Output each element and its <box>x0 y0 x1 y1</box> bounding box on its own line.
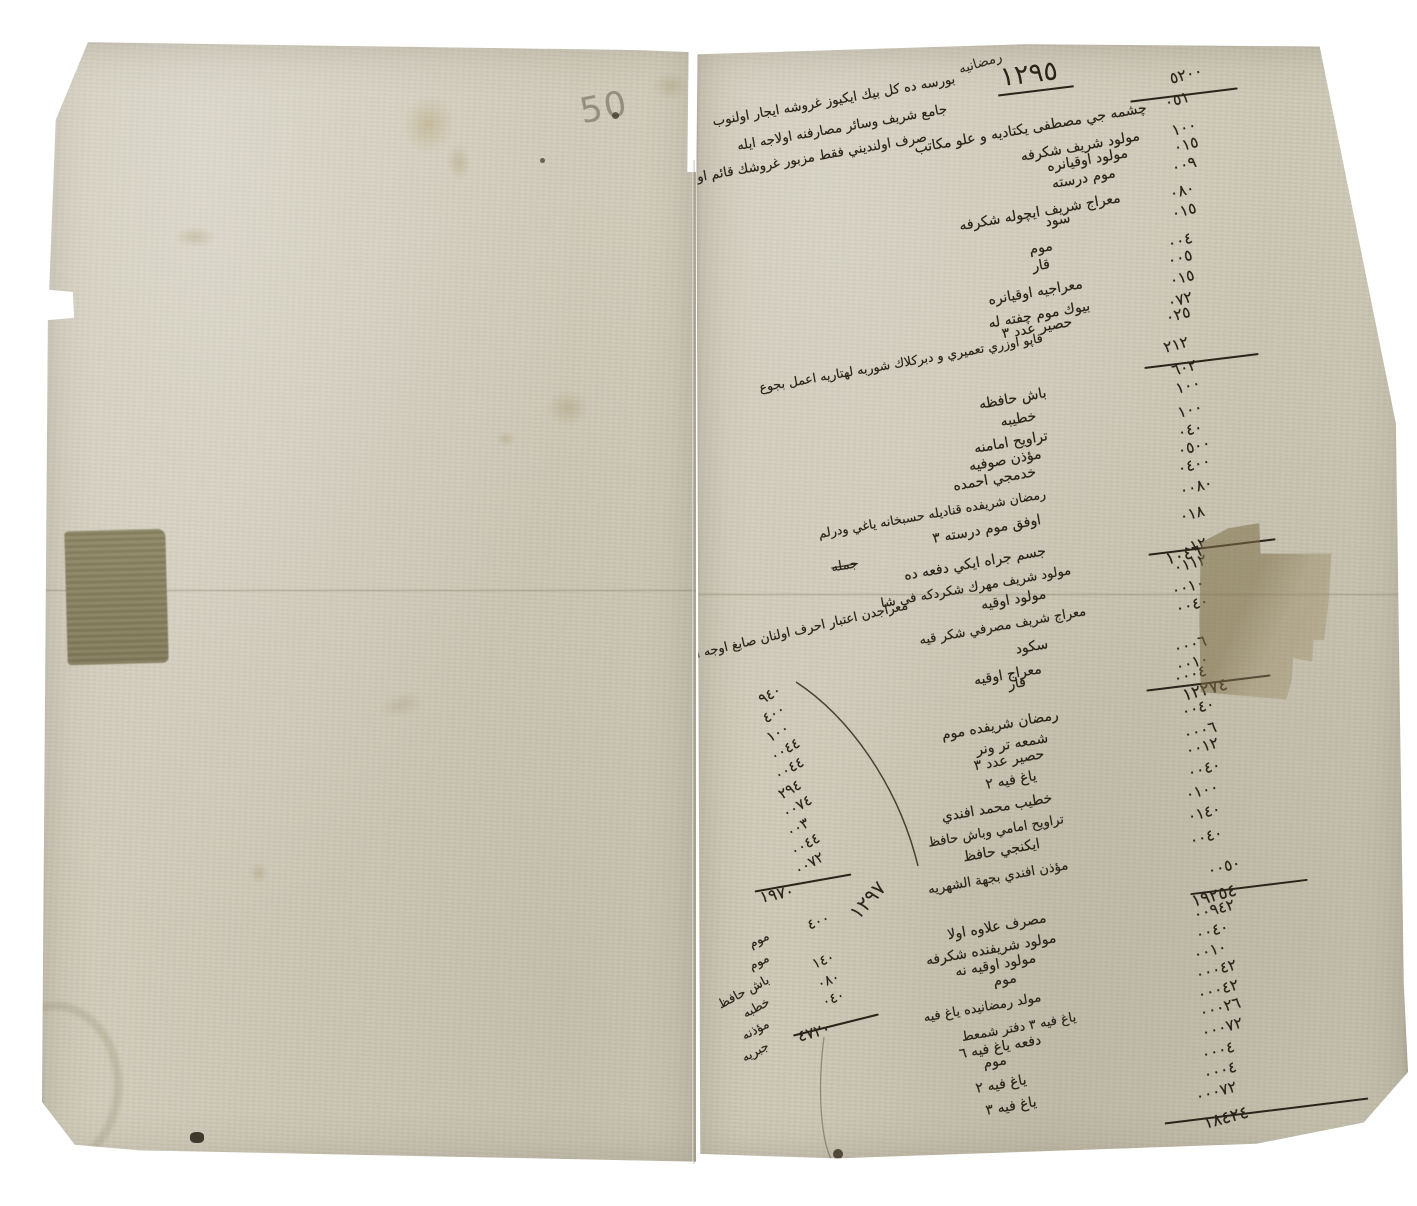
left-page: 50 <box>40 40 696 1165</box>
right-page: رمضانيه ١٢٩٥ بورسه ده كل بيك ايكيوز غروش… <box>696 42 1408 1164</box>
fold-gap <box>687 40 697 172</box>
entry-label: قار <box>1031 256 1051 275</box>
fold-seam-line <box>692 160 695 1164</box>
screenshot-root: { "photo": { "paper_color": "#cdc8b6", "… <box>0 0 1417 1206</box>
entry-label: قار <box>1007 674 1027 693</box>
left-page-paper <box>40 40 696 1165</box>
